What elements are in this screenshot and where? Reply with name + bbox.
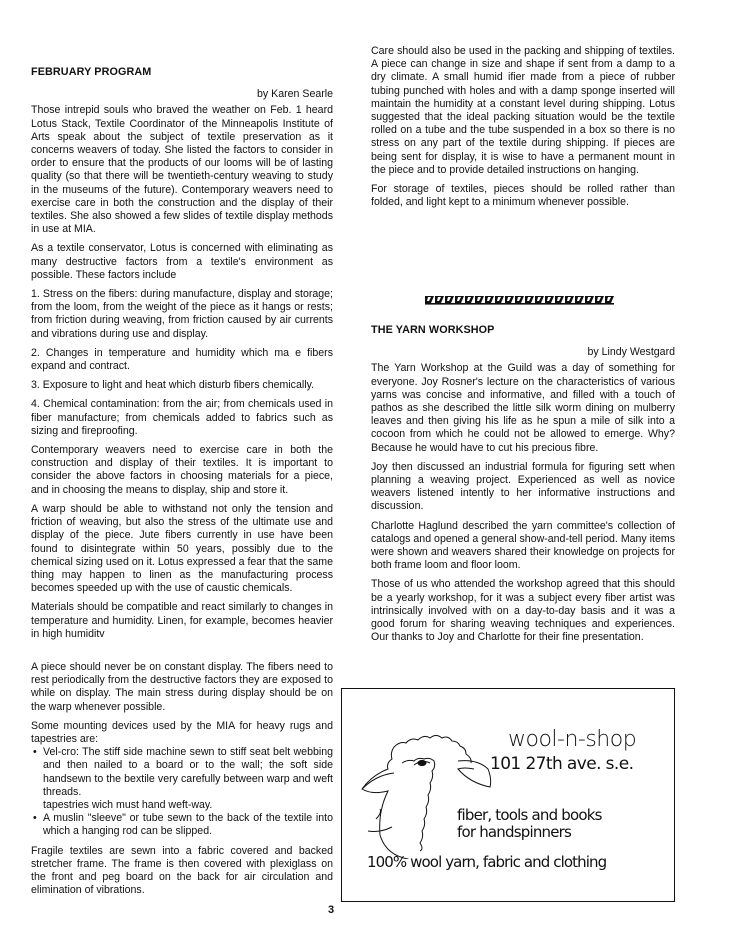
paragraph: 1. Stress on the fibers: during manufact… — [31, 288, 333, 341]
wool-n-shop-advertisement: wool-n-shop 101 27th ave. s.e. fiber, to… — [341, 688, 675, 902]
paragraph: Some mounting devices used by the MIA fo… — [31, 720, 333, 746]
rope-divider-icon — [425, 295, 614, 305]
paragraph: For storage of textiles, pieces should b… — [371, 183, 675, 209]
article-heading: THE YARN WORKSHOP — [371, 324, 675, 337]
paragraph: As a textile conservator, Lotus is conce… — [31, 242, 333, 282]
paragraph: 4. Chemical contamination: from the air;… — [31, 398, 333, 438]
paragraph: Joy then discussed an industrial formula… — [371, 461, 675, 514]
paragraph: Fragile textiles are sewn into a fabric … — [31, 845, 333, 898]
list-item: A muslin "sleeve" or tube sewn to the ba… — [43, 812, 333, 838]
paragraph: 2. Changes in temperature and humidity w… — [31, 347, 333, 373]
paragraph: The Yarn Workshop at the Guild was a day… — [371, 362, 675, 454]
paragraph: Those of us who attended the workshop ag… — [371, 578, 675, 644]
article-byline: by Lindy Westgard — [371, 346, 675, 359]
paragraph: 3. Exposure to light and heat which dist… — [31, 379, 333, 392]
paragraph: A warp should be able to withstand not o… — [31, 503, 333, 595]
article-byline: by Karen Searle — [31, 88, 333, 101]
article-yarn-workshop: THE YARN WORKSHOP by Lindy Westgard The … — [371, 324, 675, 650]
paragraph: Care should also be used in the packing … — [371, 45, 675, 177]
ad-shop-name: wool-n-shop — [508, 729, 636, 751]
list-item-text: Vel-cro: The stiff side machine sewn to … — [43, 746, 333, 798]
list-item-continuation: tapestries wich must hand weft-way. — [43, 799, 333, 812]
mounting-devices-list: Vel-cro: The stiff side machine sewn to … — [31, 746, 333, 838]
spacer — [31, 647, 333, 661]
paragraph: Charlotte Haglund described the yarn com… — [371, 520, 675, 573]
ad-tagline-line: for handspinners — [457, 824, 602, 841]
paragraph: A piece should never be on constant disp… — [31, 661, 333, 714]
paragraph: Materials should be compatible and react… — [31, 601, 333, 641]
right-column: Care should also be used in the packing … — [371, 45, 675, 215]
ad-address: 101 27th ave. s.e. — [490, 755, 633, 773]
page-number: 3 — [328, 904, 334, 916]
article-february-program: FEBRUARY PROGRAM by Karen Searle Those i… — [31, 66, 333, 903]
ad-tagline-line: fiber, tools and books — [457, 807, 602, 824]
paragraph: Those intrepid souls who braved the weat… — [31, 104, 333, 236]
ad-tagline: fiber, tools and books for handspinners — [457, 807, 602, 841]
ad-bottom-line: 100% wool yarn, fabric and clothing — [367, 854, 606, 871]
paragraph: Contemporary weavers need to exercise ca… — [31, 444, 333, 497]
list-item: Vel-cro: The stiff side machine sewn to … — [43, 746, 333, 812]
article-heading: FEBRUARY PROGRAM — [31, 66, 333, 79]
